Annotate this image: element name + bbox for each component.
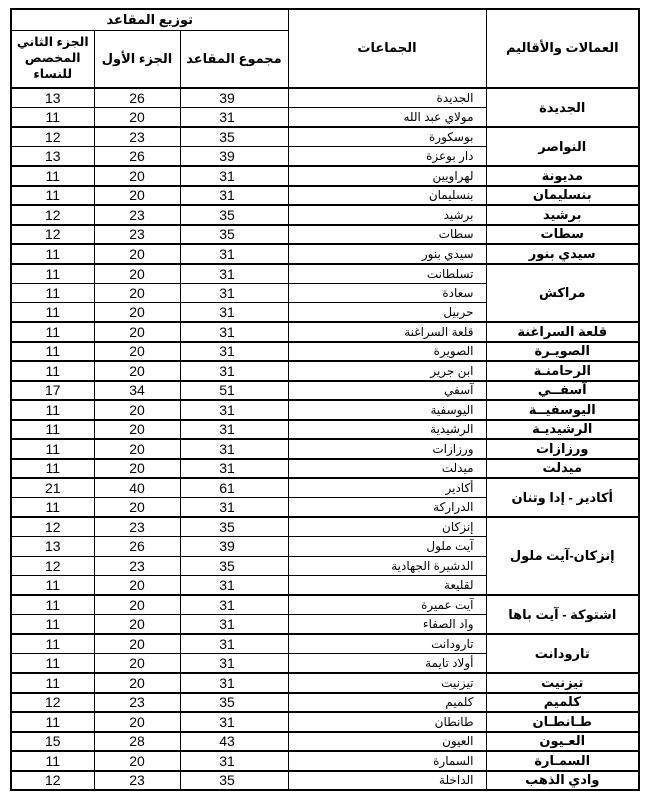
province-cell: وادي الذهب xyxy=(486,771,639,791)
total-seats-cell: 35 xyxy=(180,517,288,537)
part-one-seats-cell: 23 xyxy=(94,205,180,225)
table-row: وادي الذهبالداخلة352312 xyxy=(11,771,639,791)
table-row: مراكشتسلطانت312011 xyxy=(11,264,639,284)
commune-cell: ابن جرير xyxy=(288,361,486,381)
commune-cell: آيت ملول xyxy=(288,537,486,557)
commune-cell: برشيد xyxy=(288,205,486,225)
commune-cell: ورزازات xyxy=(288,439,486,459)
total-seats-cell: 31 xyxy=(180,166,288,186)
total-seats-cell: 35 xyxy=(180,693,288,713)
commune-cell: إنزكان xyxy=(288,517,486,537)
total-seats-cell: 31 xyxy=(180,595,288,615)
commune-cell: أولاد تايمة xyxy=(288,654,486,674)
total-seats-cell: 35 xyxy=(180,205,288,225)
table-row: كلميمكلميم352312 xyxy=(11,693,639,713)
header-communes: الجماعات xyxy=(288,9,486,88)
commune-cell: لهراويين xyxy=(288,166,486,186)
commune-cell: الدراركة xyxy=(288,498,486,518)
part-one-seats-cell: 20 xyxy=(94,400,180,420)
province-cell: قلعة السراغنة xyxy=(486,322,639,342)
part-one-seats-cell: 23 xyxy=(94,225,180,245)
part-two-women-seats-cell: 13 xyxy=(11,88,94,108)
table-row: مديونةلهراويين312011 xyxy=(11,166,639,186)
total-seats-cell: 31 xyxy=(180,751,288,771)
commune-cell: بوسكورة xyxy=(288,127,486,147)
province-cell: الرحامنـة xyxy=(486,361,639,381)
total-seats-cell: 31 xyxy=(180,400,288,420)
part-two-women-seats-cell: 11 xyxy=(11,439,94,459)
part-one-seats-cell: 26 xyxy=(94,88,180,108)
part-two-women-seats-cell: 11 xyxy=(11,264,94,284)
province-cell: سيدي بنور xyxy=(486,244,639,264)
province-cell: مراكش xyxy=(486,264,639,323)
part-two-women-seats-cell: 11 xyxy=(11,654,94,674)
part-two-women-seats-cell: 11 xyxy=(11,673,94,693)
total-seats-cell: 31 xyxy=(180,264,288,284)
commune-cell: قلعة السراغنة xyxy=(288,322,486,342)
part-two-women-seats-cell: 11 xyxy=(11,459,94,479)
table-row: تيزنيتتيزنيت312011 xyxy=(11,673,639,693)
table-row: السمـارةالسمارة312011 xyxy=(11,751,639,771)
part-one-seats-cell: 20 xyxy=(94,459,180,479)
commune-cell: أكادير xyxy=(288,478,486,498)
commune-cell: تسلطانت xyxy=(288,264,486,284)
total-seats-cell: 35 xyxy=(180,556,288,576)
part-two-women-seats-cell: 12 xyxy=(11,517,94,537)
part-one-seats-cell: 28 xyxy=(94,732,180,752)
part-one-seats-cell: 23 xyxy=(94,127,180,147)
commune-cell: سيدي بنور xyxy=(288,244,486,264)
part-one-seats-cell: 26 xyxy=(94,147,180,167)
total-seats-cell: 31 xyxy=(180,420,288,440)
commune-cell: الداخلة xyxy=(288,771,486,791)
part-one-seats-cell: 20 xyxy=(94,166,180,186)
total-seats-cell: 31 xyxy=(180,342,288,362)
commune-cell: آسفي xyxy=(288,381,486,401)
commune-cell: اليوسفية xyxy=(288,400,486,420)
part-one-seats-cell: 20 xyxy=(94,439,180,459)
part-one-seats-cell: 20 xyxy=(94,712,180,732)
part-one-seats-cell: 20 xyxy=(94,498,180,518)
part-two-women-seats-cell: 11 xyxy=(11,166,94,186)
commune-cell: السمارة xyxy=(288,751,486,771)
part-two-women-seats-cell: 21 xyxy=(11,478,94,498)
total-seats-cell: 51 xyxy=(180,381,288,401)
total-seats-cell: 35 xyxy=(180,127,288,147)
part-one-seats-cell: 20 xyxy=(94,244,180,264)
header-part-one: الجزء الأول xyxy=(94,30,180,88)
part-two-women-seats-cell: 11 xyxy=(11,634,94,654)
total-seats-cell: 31 xyxy=(180,615,288,635)
part-one-seats-cell: 34 xyxy=(94,381,180,401)
part-two-women-seats-cell: 12 xyxy=(11,127,94,147)
total-seats-cell: 31 xyxy=(180,439,288,459)
province-cell: تيزنيت xyxy=(486,673,639,693)
part-one-seats-cell: 20 xyxy=(94,634,180,654)
table-row: الرشيديـةالرشيدية312011 xyxy=(11,420,639,440)
commune-cell: آيت عميرة xyxy=(288,595,486,615)
province-cell: الرشيديـة xyxy=(486,420,639,440)
document-page: العمالات والأقاليم الجماعات توزيع المقاع… xyxy=(0,0,650,806)
commune-cell: العيون xyxy=(288,732,486,752)
table-body: الجديدةالجديدة392613مولاي عبد الله312011… xyxy=(11,88,639,790)
total-seats-cell: 43 xyxy=(180,732,288,752)
commune-cell: ميدلت xyxy=(288,459,486,479)
header-row-top: العمالات والأقاليم الجماعات توزيع المقاع… xyxy=(11,9,639,30)
table-row: ميدلتميدلت312011 xyxy=(11,459,639,479)
province-cell: السمـارة xyxy=(486,751,639,771)
part-two-women-seats-cell: 11 xyxy=(11,361,94,381)
header-total-seats: مجموع المقاعد xyxy=(180,30,288,88)
part-one-seats-cell: 20 xyxy=(94,186,180,206)
part-two-women-seats-cell: 11 xyxy=(11,712,94,732)
part-two-women-seats-cell: 11 xyxy=(11,186,94,206)
commune-cell: تيزنيت xyxy=(288,673,486,693)
table-row: أكادير - إدا وتنانأكادير614021 xyxy=(11,478,639,498)
part-one-seats-cell: 26 xyxy=(94,537,180,557)
part-one-seats-cell: 20 xyxy=(94,342,180,362)
part-two-women-seats-cell: 11 xyxy=(11,342,94,362)
province-cell: اشتوكة - آيت باها xyxy=(486,595,639,634)
total-seats-cell: 31 xyxy=(180,303,288,323)
part-two-women-seats-cell: 11 xyxy=(11,420,94,440)
province-cell: الجديدة xyxy=(486,88,639,127)
part-one-seats-cell: 20 xyxy=(94,303,180,323)
part-two-women-seats-cell: 11 xyxy=(11,576,94,596)
part-two-women-seats-cell: 11 xyxy=(11,751,94,771)
table-row: برشيدبرشيد352312 xyxy=(11,205,639,225)
header-part-two-women: الجزء الثاني المخصص للنساء xyxy=(11,30,94,88)
table-row: العـيونالعيون432815 xyxy=(11,732,639,752)
commune-cell: طانطان xyxy=(288,712,486,732)
commune-cell: الجديدة xyxy=(288,88,486,108)
province-cell: ورزازات xyxy=(486,439,639,459)
table-row: آسفــيآسفي513417 xyxy=(11,381,639,401)
part-two-women-seats-cell: 12 xyxy=(11,205,94,225)
seat-distribution-table: العمالات والأقاليم الجماعات توزيع المقاع… xyxy=(10,8,640,791)
part-one-seats-cell: 20 xyxy=(94,751,180,771)
total-seats-cell: 31 xyxy=(180,673,288,693)
commune-cell: الرشيدية xyxy=(288,420,486,440)
part-one-seats-cell: 20 xyxy=(94,108,180,128)
part-two-women-seats-cell: 11 xyxy=(11,303,94,323)
part-two-women-seats-cell: 11 xyxy=(11,322,94,342)
part-two-women-seats-cell: 12 xyxy=(11,693,94,713)
province-cell: آسفــي xyxy=(486,381,639,401)
part-one-seats-cell: 20 xyxy=(94,420,180,440)
part-two-women-seats-cell: 15 xyxy=(11,732,94,752)
part-one-seats-cell: 20 xyxy=(94,615,180,635)
part-two-women-seats-cell: 13 xyxy=(11,537,94,557)
part-two-women-seats-cell: 12 xyxy=(11,771,94,791)
header-provinces: العمالات والأقاليم xyxy=(486,9,639,88)
province-cell: برشيد xyxy=(486,205,639,225)
table-row: اليوسفيــةاليوسفية312011 xyxy=(11,400,639,420)
province-cell: كلميم xyxy=(486,693,639,713)
part-two-women-seats-cell: 11 xyxy=(11,400,94,420)
table-row: سيدي بنورسيدي بنور312011 xyxy=(11,244,639,264)
part-two-women-seats-cell: 12 xyxy=(11,556,94,576)
table-row: طـانطـانطانطان312011 xyxy=(11,712,639,732)
province-cell: النواصر xyxy=(486,127,639,166)
part-two-women-seats-cell: 11 xyxy=(11,498,94,518)
total-seats-cell: 31 xyxy=(180,186,288,206)
part-one-seats-cell: 20 xyxy=(94,322,180,342)
part-one-seats-cell: 23 xyxy=(94,771,180,791)
part-one-seats-cell: 20 xyxy=(94,595,180,615)
province-cell: العـيون xyxy=(486,732,639,752)
commune-cell: الدشيرة الجهادية xyxy=(288,556,486,576)
commune-cell: مولاي عبد الله xyxy=(288,108,486,128)
part-two-women-seats-cell: 11 xyxy=(11,244,94,264)
total-seats-cell: 31 xyxy=(180,361,288,381)
commune-cell: سطات xyxy=(288,225,486,245)
province-cell: أكادير - إدا وتنان xyxy=(486,478,639,517)
total-seats-cell: 31 xyxy=(180,283,288,303)
province-cell: تارودانت xyxy=(486,634,639,673)
total-seats-cell: 31 xyxy=(180,459,288,479)
province-cell: بنسليمان xyxy=(486,186,639,206)
table-row: النواصربوسكورة352312 xyxy=(11,127,639,147)
table-row: تارودانتتارودانت312011 xyxy=(11,634,639,654)
commune-cell: دار بوعزة xyxy=(288,147,486,167)
part-one-seats-cell: 40 xyxy=(94,478,180,498)
commune-cell: كلميم xyxy=(288,693,486,713)
total-seats-cell: 35 xyxy=(180,771,288,791)
part-one-seats-cell: 20 xyxy=(94,361,180,381)
part-one-seats-cell: 20 xyxy=(94,654,180,674)
part-two-women-seats-cell: 11 xyxy=(11,283,94,303)
table-row: الجديدةالجديدة392613 xyxy=(11,88,639,108)
province-cell: سطات xyxy=(486,225,639,245)
total-seats-cell: 31 xyxy=(180,322,288,342)
province-cell: مديونة xyxy=(486,166,639,186)
part-two-women-seats-cell: 17 xyxy=(11,381,94,401)
total-seats-cell: 39 xyxy=(180,147,288,167)
commune-cell: لقليعة xyxy=(288,576,486,596)
table-row: الرحامنـةابن جرير312011 xyxy=(11,361,639,381)
total-seats-cell: 31 xyxy=(180,498,288,518)
table-row: ورزازاتورزازات312011 xyxy=(11,439,639,459)
table-header: العمالات والأقاليم الجماعات توزيع المقاع… xyxy=(11,9,639,88)
total-seats-cell: 61 xyxy=(180,478,288,498)
total-seats-cell: 31 xyxy=(180,712,288,732)
total-seats-cell: 31 xyxy=(180,654,288,674)
table-row: قلعة السراغنةقلعة السراغنة312011 xyxy=(11,322,639,342)
table-row: سطاتسطات352312 xyxy=(11,225,639,245)
table-row: الصويـرةالصويرة312011 xyxy=(11,342,639,362)
part-one-seats-cell: 23 xyxy=(94,556,180,576)
province-cell: ميدلت xyxy=(486,459,639,479)
part-two-women-seats-cell: 12 xyxy=(11,225,94,245)
part-one-seats-cell: 20 xyxy=(94,673,180,693)
total-seats-cell: 31 xyxy=(180,576,288,596)
commune-cell: بنسليمان xyxy=(288,186,486,206)
province-cell: إنزكان-آيت ملول xyxy=(486,517,639,595)
province-cell: طـانطـان xyxy=(486,712,639,732)
total-seats-cell: 31 xyxy=(180,108,288,128)
table-row: اشتوكة - آيت باهاآيت عميرة312011 xyxy=(11,595,639,615)
province-cell: اليوسفيــة xyxy=(486,400,639,420)
part-one-seats-cell: 23 xyxy=(94,517,180,537)
commune-cell: الصويرة xyxy=(288,342,486,362)
total-seats-cell: 39 xyxy=(180,88,288,108)
total-seats-cell: 31 xyxy=(180,244,288,264)
total-seats-cell: 35 xyxy=(180,225,288,245)
commune-cell: حربيل xyxy=(288,303,486,323)
province-cell: الصويـرة xyxy=(486,342,639,362)
table-row: إنزكان-آيت ملولإنزكان352312 xyxy=(11,517,639,537)
part-one-seats-cell: 20 xyxy=(94,264,180,284)
part-two-women-seats-cell: 11 xyxy=(11,615,94,635)
commune-cell: سعادة xyxy=(288,283,486,303)
part-one-seats-cell: 20 xyxy=(94,576,180,596)
part-two-women-seats-cell: 11 xyxy=(11,595,94,615)
table-row: بنسليمانبنسليمان312011 xyxy=(11,186,639,206)
part-one-seats-cell: 20 xyxy=(94,283,180,303)
total-seats-cell: 31 xyxy=(180,634,288,654)
part-one-seats-cell: 23 xyxy=(94,693,180,713)
part-two-women-seats-cell: 11 xyxy=(11,108,94,128)
total-seats-cell: 39 xyxy=(180,537,288,557)
part-two-women-seats-cell: 13 xyxy=(11,147,94,167)
commune-cell: واد الصفاء xyxy=(288,615,486,635)
commune-cell: تارودانت xyxy=(288,634,486,654)
header-seat-distribution: توزيع المقاعد xyxy=(11,9,288,30)
